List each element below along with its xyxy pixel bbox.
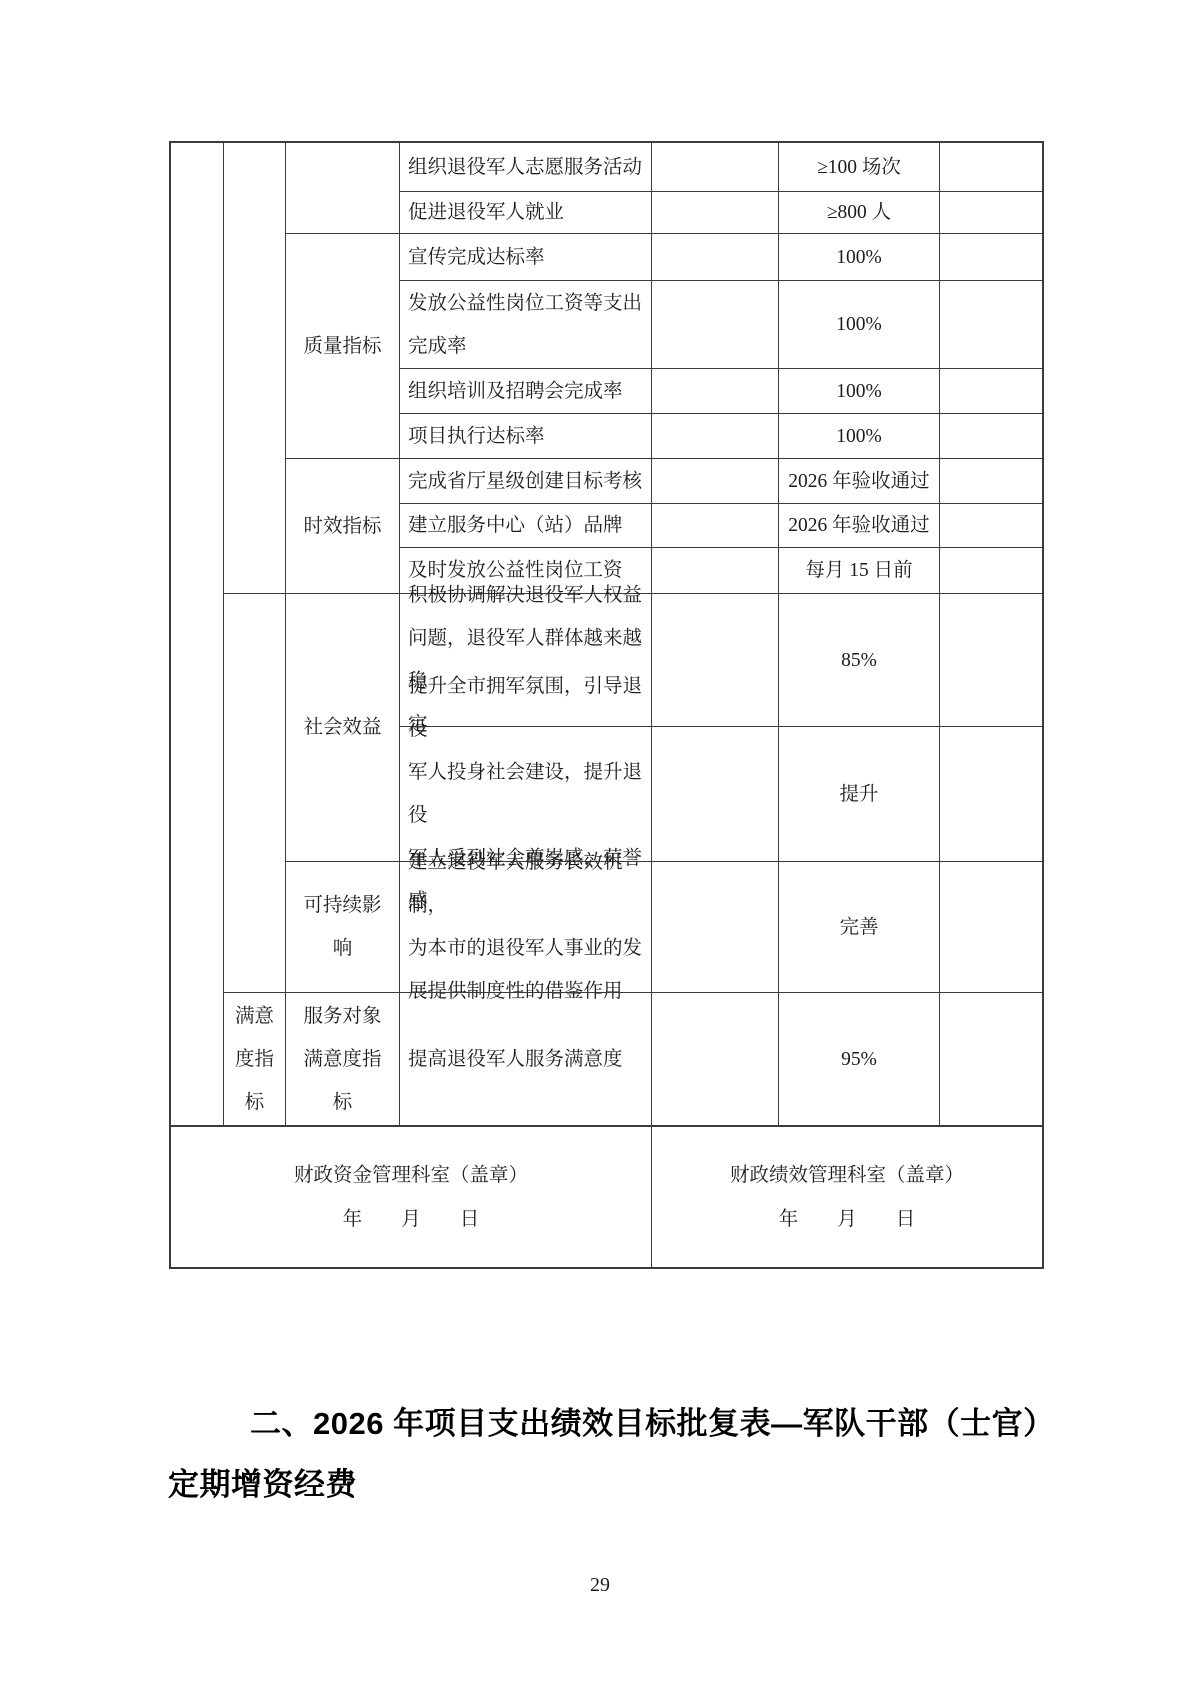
empty-cell (939, 503, 1042, 547)
empty-cell (223, 143, 285, 593)
empty-cell (651, 593, 778, 726)
empty-cell (651, 143, 778, 191)
document-page: { "table": { "rows": [ {"indicator": "组织… (0, 0, 1200, 1697)
empty-cell (285, 143, 399, 233)
page-number: 29 (0, 1574, 1200, 1597)
target-value-cell: 每月 15 日前 (778, 547, 939, 593)
empty-cell (939, 413, 1042, 458)
indicator-cell: 组织培训及招聘会完成率 (399, 368, 651, 413)
empty-cell (939, 458, 1042, 503)
target-value-cell: 完善 (778, 861, 939, 992)
empty-cell (939, 233, 1042, 280)
indicator-cell: 建立服务中心（站）品牌 (399, 503, 651, 547)
target-value-cell: ≥100 场次 (778, 143, 939, 191)
empty-cell (939, 861, 1042, 992)
empty-cell (939, 143, 1042, 191)
indicator-cell: 促进退役军人就业 (399, 191, 651, 233)
section-heading-line1: 二、2026 年项目支出绩效目标批复表—军队干部（士官） (250, 1398, 1150, 1443)
empty-cell (651, 726, 778, 861)
empty-cell (939, 992, 1042, 1125)
category-cell-social-benefit: 社会效益 (285, 593, 399, 861)
empty-cell (651, 368, 778, 413)
target-value-cell: 2026 年验收通过 (778, 503, 939, 547)
category-cell-satisfaction-sub: 服务对象 满意度指 标 (285, 992, 399, 1125)
signature-date-line: 年 月 日 (343, 1206, 480, 1233)
empty-cell (651, 503, 778, 547)
empty-cell (651, 280, 778, 368)
empty-cell (651, 547, 778, 593)
indicator-cell: 组织退役军人志愿服务活动 (399, 143, 651, 191)
target-value-cell: 100% (778, 413, 939, 458)
target-value-cell: ≥800 人 (778, 191, 939, 233)
indicator-cell: 完成省厅星级创建目标考核 (399, 458, 651, 503)
empty-cell (651, 413, 778, 458)
empty-cell (223, 593, 285, 992)
target-value-cell: 100% (778, 368, 939, 413)
empty-cell (939, 191, 1042, 233)
performance-table: 满意 度指 标 质量指标 时效指标 社会效益 可持续影 响 服务对象 满意度指 … (169, 141, 1044, 1269)
empty-cell (651, 861, 778, 992)
empty-cell (939, 547, 1042, 593)
target-value-cell: 95% (778, 992, 939, 1125)
empty-cell (939, 726, 1042, 861)
section-heading-line2: 定期增资经费 (168, 1459, 1068, 1504)
empty-cell (171, 143, 223, 1125)
empty-cell (651, 992, 778, 1125)
indicator-cell: 发放公益性岗位工资等支出 完成率 (399, 280, 651, 368)
empty-cell (939, 280, 1042, 368)
empty-cell (939, 368, 1042, 413)
category-cell-timeliness: 时效指标 (285, 458, 399, 593)
indicator-cell: 项目执行达标率 (399, 413, 651, 458)
target-value-cell: 提升 (778, 726, 939, 861)
indicator-cell: 建立退役军人服务长效机制， 为本市的退役军人事业的发 展提供制度性的借鉴作用 (399, 861, 651, 992)
category-cell-quality: 质量指标 (285, 233, 399, 458)
empty-cell (651, 233, 778, 280)
indicator-cell: 提高退役军人服务满意度 (399, 992, 651, 1125)
target-value-cell: 2026 年验收通过 (778, 458, 939, 503)
signature-date-line: 年 月 日 (779, 1206, 916, 1233)
category-cell-sustainability: 可持续影 响 (285, 861, 399, 992)
signature-cell-performance-office: 财政绩效管理科室（盖章） 年 月 日 (651, 1125, 1042, 1267)
signature-office-title: 财政资金管理科室（盖章） (294, 1162, 528, 1189)
empty-cell (651, 458, 778, 503)
indicator-cell: 宣传完成达标率 (399, 233, 651, 280)
target-value-cell: 100% (778, 280, 939, 368)
empty-cell (651, 191, 778, 233)
category-cell-satisfaction: 满意 度指 标 (223, 992, 285, 1125)
target-value-cell: 100% (778, 233, 939, 280)
empty-cell (939, 593, 1042, 726)
signature-office-title: 财政绩效管理科室（盖章） (730, 1162, 964, 1189)
signature-cell-funds-office: 财政资金管理科室（盖章） 年 月 日 (171, 1125, 651, 1267)
target-value-cell: 85% (778, 593, 939, 726)
